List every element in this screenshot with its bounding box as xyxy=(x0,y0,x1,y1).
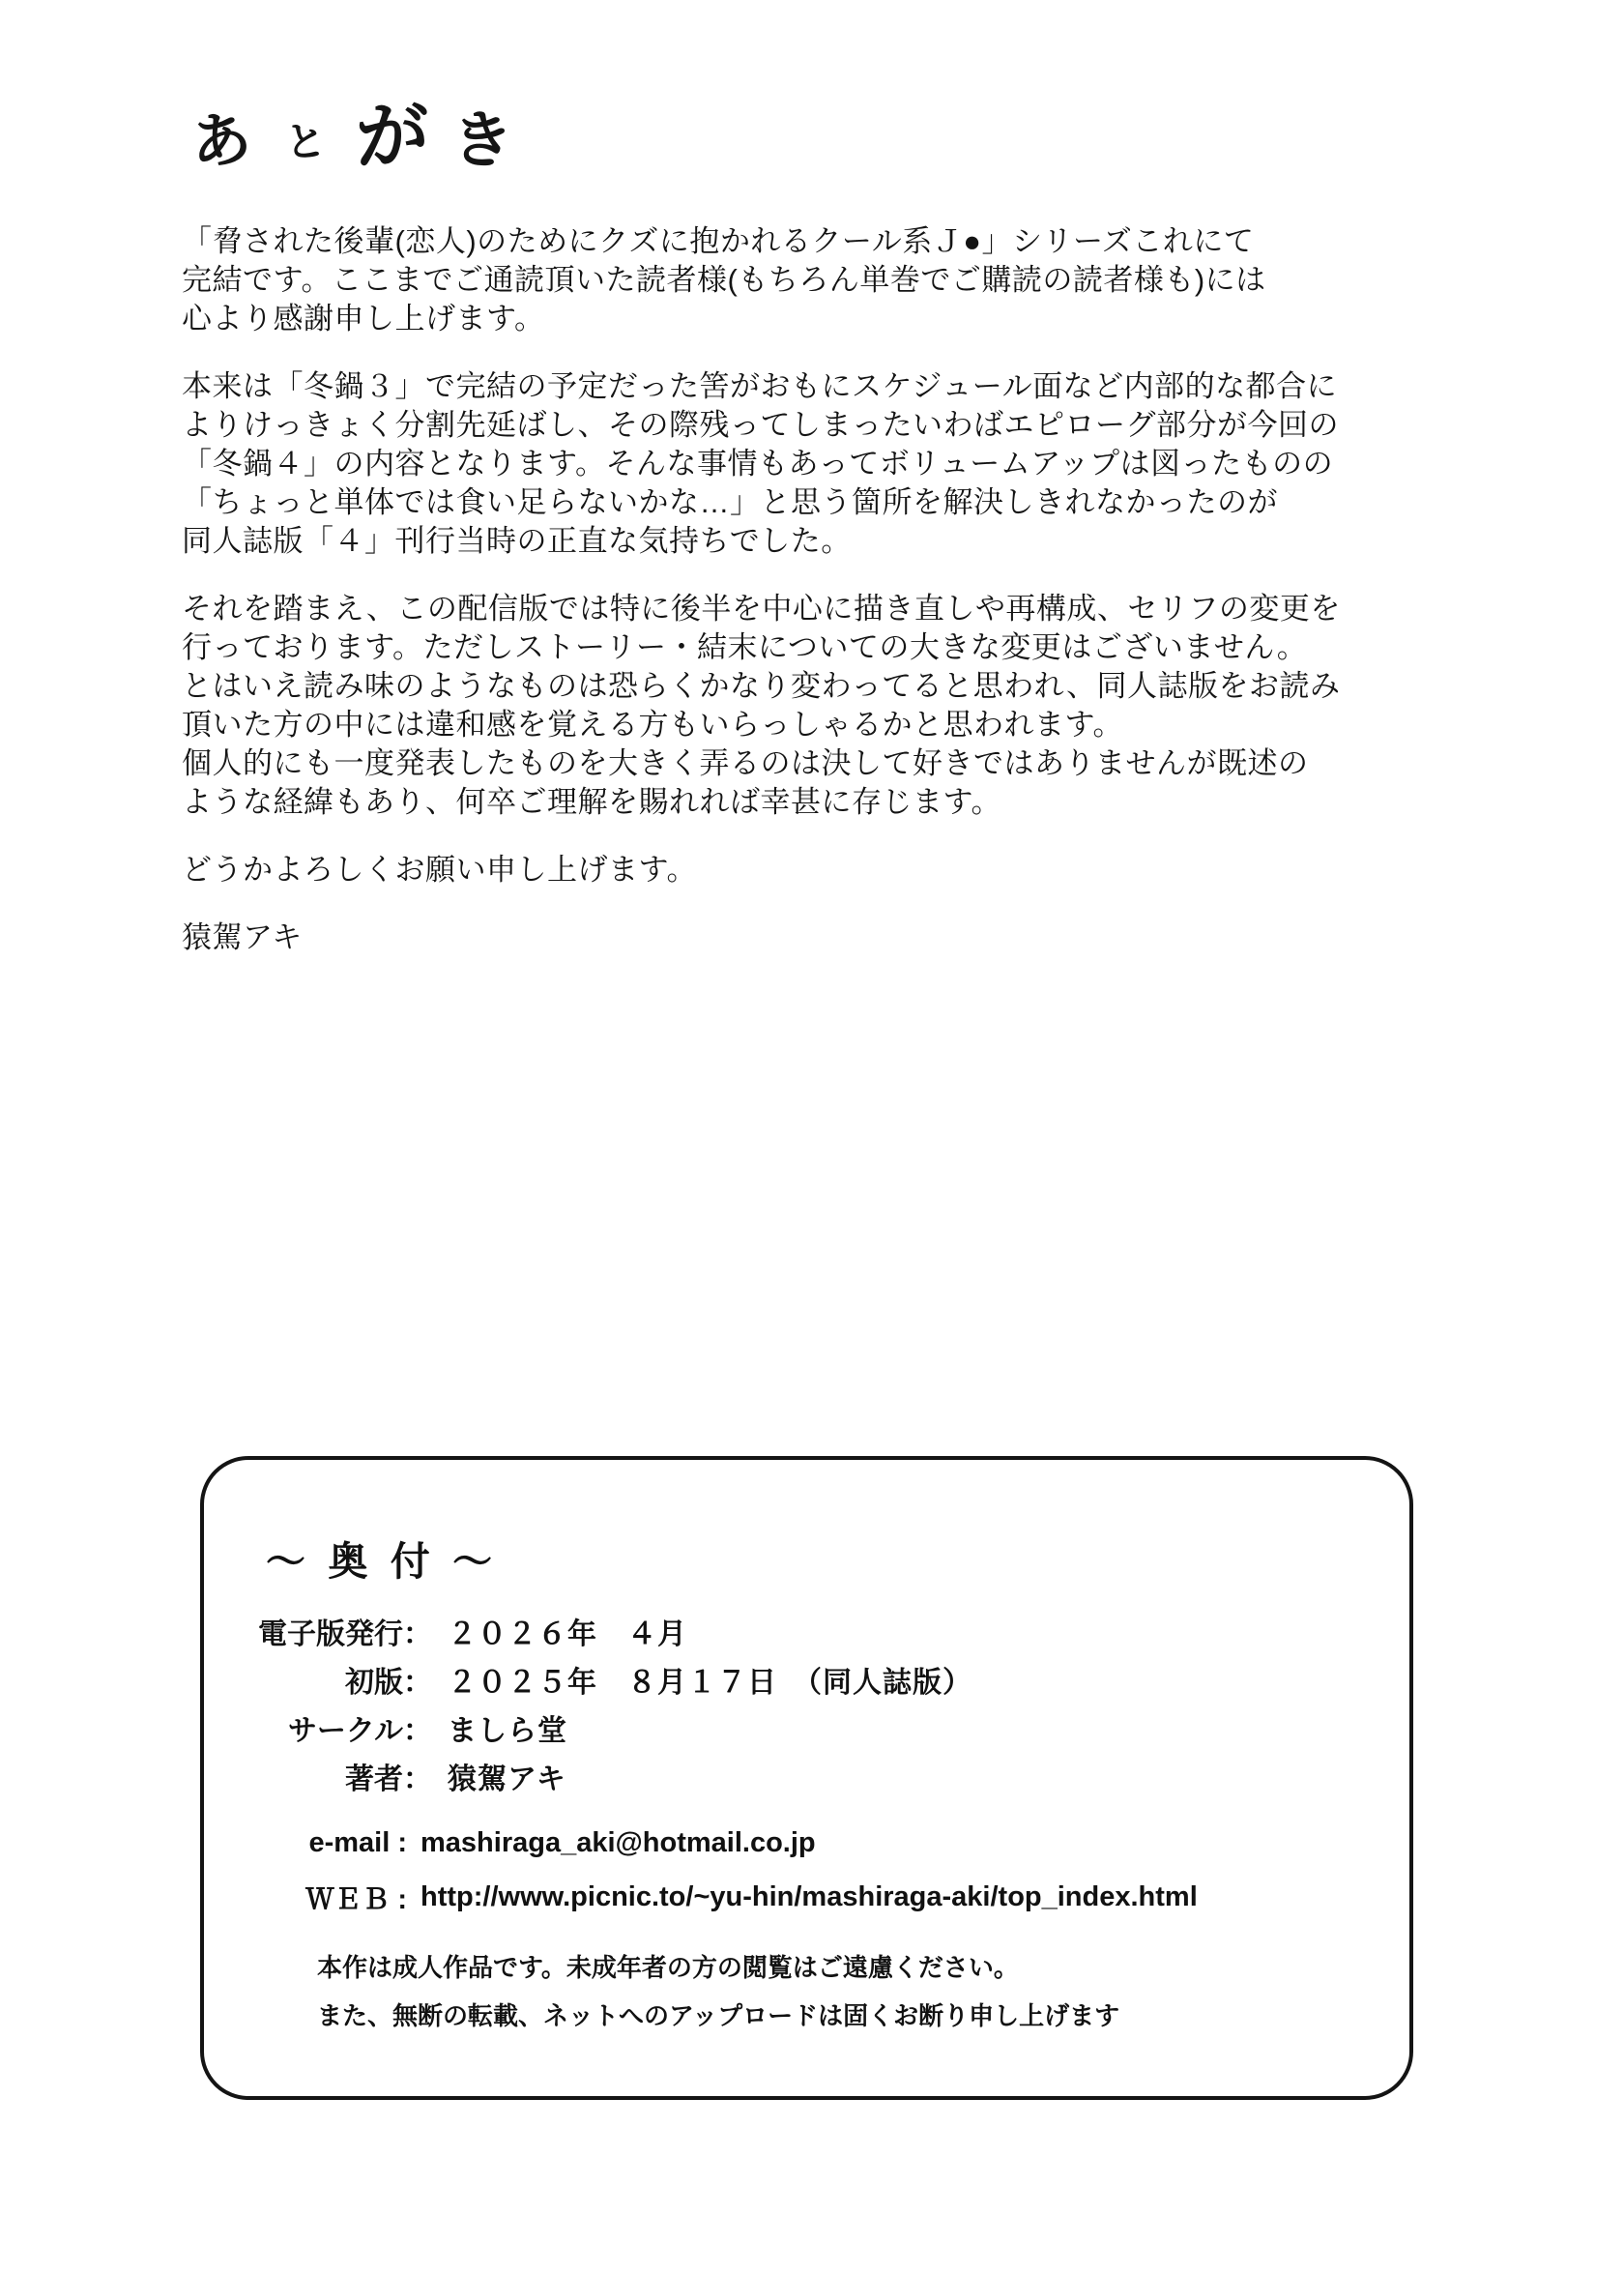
row-label: 初版： xyxy=(204,1658,432,1701)
text-line: 頂いた方の中には違和感を覚える方もいらっしゃるかと思われます。 xyxy=(182,706,1341,744)
text-line: 完結です。ここまでご通読頂いた読者様(もちろん単巻でご購読の読者様も)には xyxy=(182,261,1341,300)
row-value: 猿駕アキ xyxy=(448,1755,566,1797)
paragraph-revision: それを踏まえ、この配信版では特に後半を中心に描き直しや再構成、セリフの変更を 行… xyxy=(182,590,1341,822)
title-char: き xyxy=(450,108,514,172)
text-line: 猿駕アキ xyxy=(182,918,1341,957)
row-value: ２０２５年 ８月１７日 （同人誌版） xyxy=(448,1658,972,1701)
row-author: 著者： 猿駕アキ xyxy=(204,1752,1409,1800)
text-line: 「冬鍋４」の内容となります。そんな事情もあってボリュームアップは図ったものの xyxy=(182,445,1341,483)
text-line: 同人誌版「４」刊行当時の正直な気持ちでした。 xyxy=(182,522,1341,561)
row-first-edition: 初版： ２０２５年 ８月１７日 （同人誌版） xyxy=(204,1655,1409,1704)
title-char: と xyxy=(283,121,327,164)
web-label: ＷＥＢ : xyxy=(204,1878,407,1917)
email-address: mashiraga_aki@hotmail.co.jp xyxy=(420,1827,816,1859)
row-web: ＷＥＢ : http://www.picnic.to/~yu-hin/mashi… xyxy=(204,1870,1409,1924)
text-line: とはいえ読み味のようなものは恐らくかなり変わってると思われ、同人誌版をお読み xyxy=(182,667,1341,706)
text-line: 個人的にも一度発表したものを大きく弄るのは決して好きではありませんが既述の xyxy=(182,744,1341,783)
web-url: http://www.picnic.to/~yu-hin/mashiraga-a… xyxy=(420,1881,1198,1913)
text-line: 行っております。ただしストーリー・結末についての大きな変更はございません。 xyxy=(182,628,1341,667)
row-value: ましら堂 xyxy=(448,1706,567,1749)
text-line: ような経緯もあり、何卒ご理解を賜れれば幸甚に存じます。 xyxy=(182,783,1341,822)
text-line: よりけっきょく分割先延ばし、その際残ってしまったいわばエピローグ部分が今回の xyxy=(182,406,1341,445)
author-signature: 猿駕アキ xyxy=(182,918,1341,957)
text-line: どうかよろしくお願い申し上げます。 xyxy=(182,851,1341,889)
row-label: サークル： xyxy=(204,1706,432,1749)
no-reupload-warning: また、無断の転載、ネットへのアップロードは固くお断り申し上げます xyxy=(317,1992,1119,2040)
title-char: が xyxy=(355,100,431,176)
text-line: 本来は「冬鍋３」で完結の予定だった筈がおもにスケジュール面など内部的な都合に xyxy=(182,367,1341,406)
title-char: あ xyxy=(188,109,253,174)
paragraph-closing: どうかよろしくお願い申し上げます。 xyxy=(182,851,1341,889)
afterword-page: あ と が き 「脅された後輩(恋人)のためにクズに抱かれるクール系Ｊ●」シリー… xyxy=(0,0,1624,2273)
text-line: 「脅された後輩(恋人)のためにクズに抱かれるクール系Ｊ●」シリーズこれにて xyxy=(182,222,1341,261)
text-line: それを踏まえ、この配信版では特に後半を中心に描き直しや再構成、セリフの変更を xyxy=(182,590,1341,628)
paragraph-thanks: 「脅された後輩(恋人)のためにクズに抱かれるクール系Ｊ●」シリーズこれにて 完結… xyxy=(182,222,1341,338)
row-digital-edition: 電子版発行： ２０２６年 ４月 xyxy=(204,1607,1409,1655)
contact-info: e-mail : mashiraga_aki@hotmail.co.jp ＷＥＢ… xyxy=(204,1816,1409,1924)
afterword-body: 「脅された後輩(恋人)のためにクズに抱かれるクール系Ｊ●」シリーズこれにて 完結… xyxy=(182,222,1341,986)
page-title: あ と が き xyxy=(191,101,513,174)
publication-info: 電子版発行： ２０２６年 ４月 初版： ２０２５年 ８月１７日 （同人誌版） サ… xyxy=(204,1607,1409,1800)
legal-notes: 本作は成人作品です。未成年者の方の閲覧はご遠慮ください。 また、無断の転載、ネッ… xyxy=(317,1943,1119,2040)
text-line: 「ちょっと単体では食い足らないかな…」と思う箇所を解決しきれなかったのが xyxy=(182,483,1341,522)
row-circle: サークル： ましら堂 xyxy=(204,1704,1409,1752)
row-label: 著者： xyxy=(204,1755,432,1797)
row-value: ２０２６年 ４月 xyxy=(448,1610,687,1652)
row-email: e-mail : mashiraga_aki@hotmail.co.jp xyxy=(204,1816,1409,1870)
paragraph-background: 本来は「冬鍋３」で完結の予定だった筈がおもにスケジュール面など内部的な都合に よ… xyxy=(182,367,1341,561)
colophon-box: ～ 奥 付 ～ 電子版発行： ２０２６年 ４月 初版： ２０２５年 ８月１７日 … xyxy=(200,1456,1413,2100)
text-line: 心より感謝申し上げます。 xyxy=(182,300,1341,338)
colophon-title: ～ 奥 付 ～ xyxy=(266,1530,498,1587)
email-label: e-mail : xyxy=(204,1827,407,1859)
adult-warning: 本作は成人作品です。未成年者の方の閲覧はご遠慮ください。 xyxy=(317,1943,1119,1992)
row-label: 電子版発行： xyxy=(204,1610,432,1652)
